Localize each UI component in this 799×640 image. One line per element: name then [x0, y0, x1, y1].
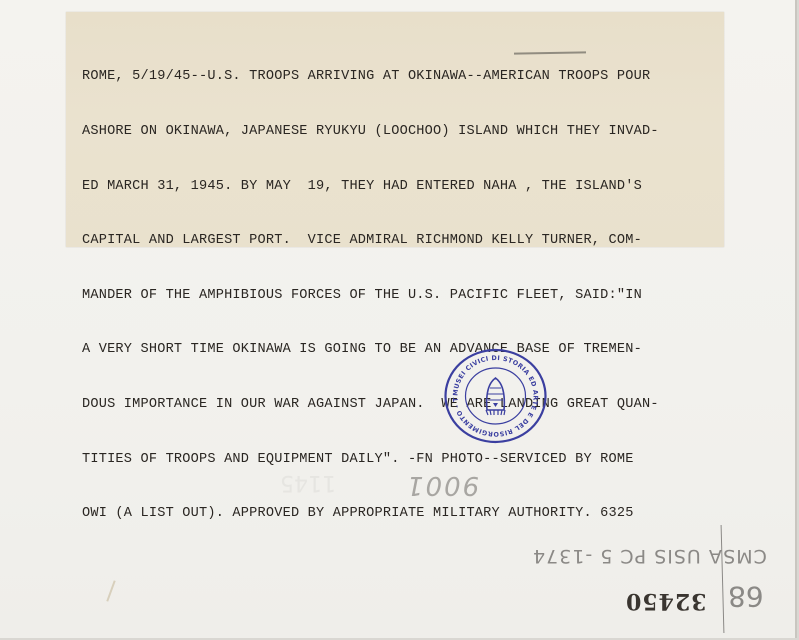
archive-code-note: CMSA USIS PC 5 -1374: [532, 545, 767, 567]
museum-seal-icon: MUSEI CIVICI DI STORIA ED ARTE E DEL RIS…: [443, 348, 548, 444]
museum-stamp: MUSEI CIVICI DI STORIA ED ARTE E DEL RIS…: [443, 348, 548, 444]
caption-line: OWI (A LIST OUT). APPROVED BY APPROPRIAT…: [82, 505, 722, 523]
caption-line: CAPITAL AND LARGEST PORT. VICE ADMIRAL R…: [82, 232, 722, 250]
caption-line: ROME, 5/19/45--U.S. TROOPS ARRIVING AT O…: [82, 68, 722, 86]
caption-line: TITIES OF TROOPS AND EQUIPMENT DAILY". -…: [82, 451, 722, 469]
caption-line: ED MARCH 31, 1945. BY MAY 19, THEY HAD E…: [82, 178, 722, 196]
caption-line: MANDER OF THE AMPHIBIOUS FORCES OF THE U…: [82, 287, 722, 305]
inventory-stamp-number: 32450: [625, 588, 707, 614]
pencil-divider-line: [721, 525, 725, 633]
caption-text: ROME, 5/19/45--U.S. TROOPS ARRIVING AT O…: [82, 32, 722, 560]
box-number-note: 68: [728, 580, 764, 613]
caption-slip: ROME, 5/19/45--U.S. TROOPS ARRIVING AT O…: [66, 12, 724, 247]
faint-pencil-note: 1145: [280, 470, 336, 495]
photo-back-sheet: ROME, 5/19/45--U.S. TROOPS ARRIVING AT O…: [0, 0, 797, 638]
caption-line: A VERY SHORT TIME OKINAWA IS GOING TO BE…: [82, 341, 722, 359]
caption-line: ASHORE ON OKINAWA, JAPANESE RYUKYU (LOOC…: [82, 123, 722, 141]
pencil-number-note: 9001: [405, 470, 479, 500]
paper-mark: [106, 580, 115, 601]
caption-line: DOUS IMPORTANCE IN OUR WAR AGAINST JAPAN…: [82, 396, 722, 414]
